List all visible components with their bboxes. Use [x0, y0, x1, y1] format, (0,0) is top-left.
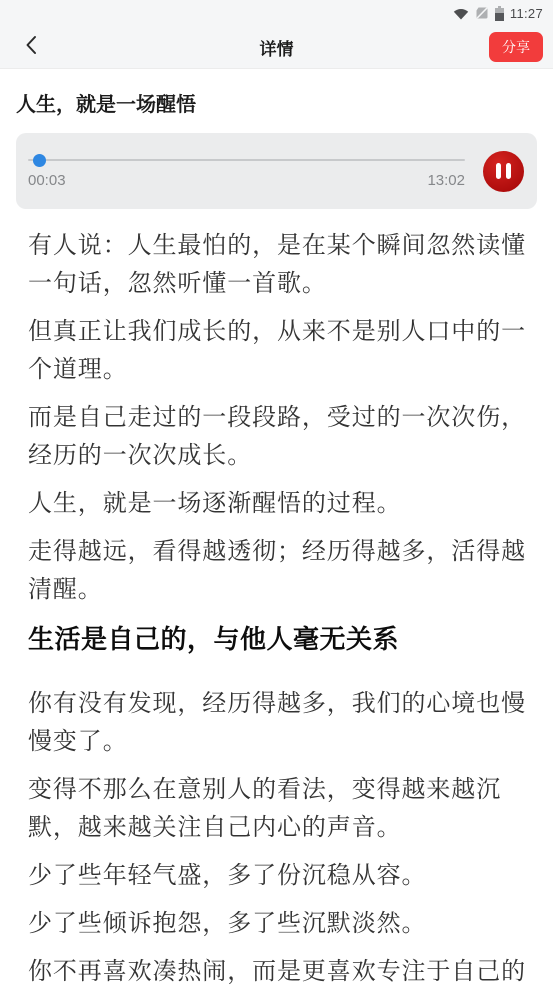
status-time: 11:27 — [510, 6, 543, 21]
header: 11:27 详情 分享 — [0, 0, 553, 69]
paragraph: 变得不那么在意别人的看法，变得越来越沉默，越来越关注自己内心的声音。 — [28, 771, 528, 847]
paragraph: 而是自己走过的一段段路，受过的一次次伤，经历的一次次成长。 — [28, 399, 528, 475]
slider-thumb[interactable] — [33, 154, 46, 167]
paragraph: 少了些年轻气盛，多了份沉稳从容。 — [28, 857, 528, 895]
slider-track — [28, 159, 465, 161]
paragraph: 你有没有发现，经历得越多，我们的心境也慢慢变了。 — [28, 685, 528, 761]
paragraph: 你不再喜欢凑热闹，而是更喜欢专注于自己的 — [28, 953, 528, 985]
paragraph: 人生，就是一场逐渐醒悟的过程。 — [28, 485, 528, 523]
current-time: 00:03 — [28, 172, 66, 189]
wifi-icon — [453, 7, 469, 20]
page-title: 详情 — [0, 35, 553, 60]
no-sim-icon — [475, 6, 489, 20]
player-progress-area: 00:03 13:02 — [28, 153, 465, 189]
article-body: 有人说：人生最怕的，是在某个瞬间忽然读懂一句话，忽然听懂一首歌。 但真正让我们成… — [0, 227, 553, 985]
pause-icon — [496, 163, 511, 179]
time-row: 00:03 13:02 — [28, 172, 465, 189]
paragraph: 有人说：人生最怕的，是在某个瞬间忽然读懂一句话，忽然听懂一首歌。 — [28, 227, 528, 303]
nav-bar: 详情 分享 — [0, 26, 553, 68]
paragraph: 但真正让我们成长的，从来不是别人口中的一个道理。 — [28, 313, 528, 389]
battery-icon — [495, 6, 504, 21]
progress-slider[interactable] — [28, 153, 465, 167]
status-bar: 11:27 — [0, 0, 553, 26]
article-title: 人生，就是一场醒悟 — [16, 91, 537, 119]
total-time: 13:02 — [427, 172, 465, 189]
section-heading: 生活是自己的，与他人毫无关系 — [28, 619, 528, 659]
audio-player: 00:03 13:02 — [16, 133, 537, 209]
pause-button[interactable] — [483, 151, 524, 192]
paragraph: 少了些倾诉抱怨，多了些沉默淡然。 — [28, 905, 528, 943]
paragraph: 走得越远，看得越透彻；经历得越多，活得越清醒。 — [28, 533, 528, 609]
share-button[interactable]: 分享 — [489, 32, 543, 62]
